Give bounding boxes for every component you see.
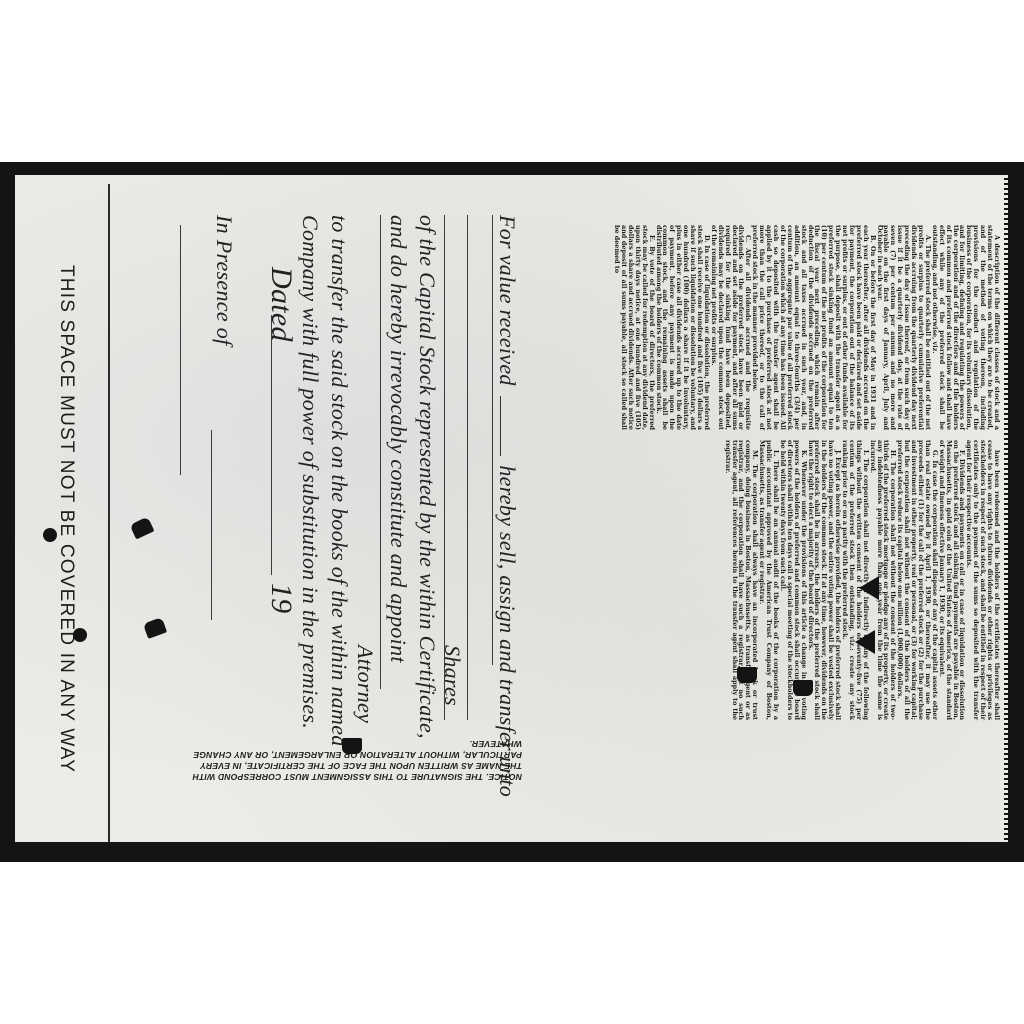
term-paragraph: K. Whenever under the provisions of this… <box>779 440 807 720</box>
year-prefix: 19 <box>264 583 298 614</box>
appoint-line: and do hereby irrevocably constitute and… <box>385 215 411 663</box>
term-paragraph: B. On or before the first day of May in … <box>751 225 875 430</box>
term-paragraph: A description of the different classes o… <box>931 225 1000 430</box>
punch-cancel-mark <box>793 680 813 696</box>
perforated-edge <box>1004 175 1008 842</box>
punch-cancel-mark <box>737 667 757 683</box>
term-paragraph: F. Dividends and payments on call or in … <box>938 440 966 720</box>
term-paragraph: C. After all dividends accrued and the r… <box>710 225 751 430</box>
term-paragraph: J. Except as herein otherwise provided, … <box>807 440 842 720</box>
term-paragraph: G. In case the corporation shall dispose… <box>896 440 937 720</box>
punch-cancel-mark <box>859 576 879 600</box>
transfer-line: to transfer the said stock on the books … <box>326 215 352 747</box>
shares-label: Shares <box>439 645 465 706</box>
term-paragraph: A. The preferred stock shall be entitled… <box>876 225 931 430</box>
punch-cancel-mark <box>130 517 155 540</box>
assign-line-1a: For value received <box>495 215 520 386</box>
shares-line <box>467 215 468 720</box>
stub-notice: THIS SPACE MUST NOT BE COVERED IN ANY WA… <box>55 265 77 773</box>
dated-line <box>271 315 272 575</box>
capital-stock-line: of the Capital Stock represented by the … <box>414 215 440 739</box>
term-paragraph: have been redeemed and the holders of th… <box>965 440 1000 720</box>
punch-cancel-mark <box>342 738 362 754</box>
terms-column-1: A description of the different classes o… <box>540 225 1000 430</box>
for-value-received: For value received hereby sell, assign a… <box>494 215 520 797</box>
attorney-line-2 <box>380 215 381 689</box>
punch-hole <box>43 528 57 542</box>
presence-label: In Presence of <box>211 215 237 345</box>
witness-line-1 <box>211 430 212 620</box>
punch-hole <box>73 628 87 642</box>
punch-cancel-mark <box>143 617 167 639</box>
attorney-label: Attorney <box>352 645 378 723</box>
stub-divider <box>108 184 110 842</box>
dated-label: Dated <box>264 267 298 342</box>
term-paragraph: D. In case of liquidation or dissolution… <box>655 225 710 430</box>
assignee-line <box>492 215 493 665</box>
term-paragraph: L. There shall be an annual audit of the… <box>758 440 779 720</box>
term-paragraph: E. By vote of the board of directors, th… <box>613 225 654 430</box>
punch-cancel-mark <box>855 630 875 654</box>
terms-column-2: have been redeemed and the holders of th… <box>540 440 1000 720</box>
witness-line-2 <box>180 225 181 475</box>
company-line: Company with full power of substitution … <box>297 215 323 729</box>
certificate-back: THIS SPACE MUST NOT BE COVERED IN ANY WA… <box>15 175 1008 842</box>
